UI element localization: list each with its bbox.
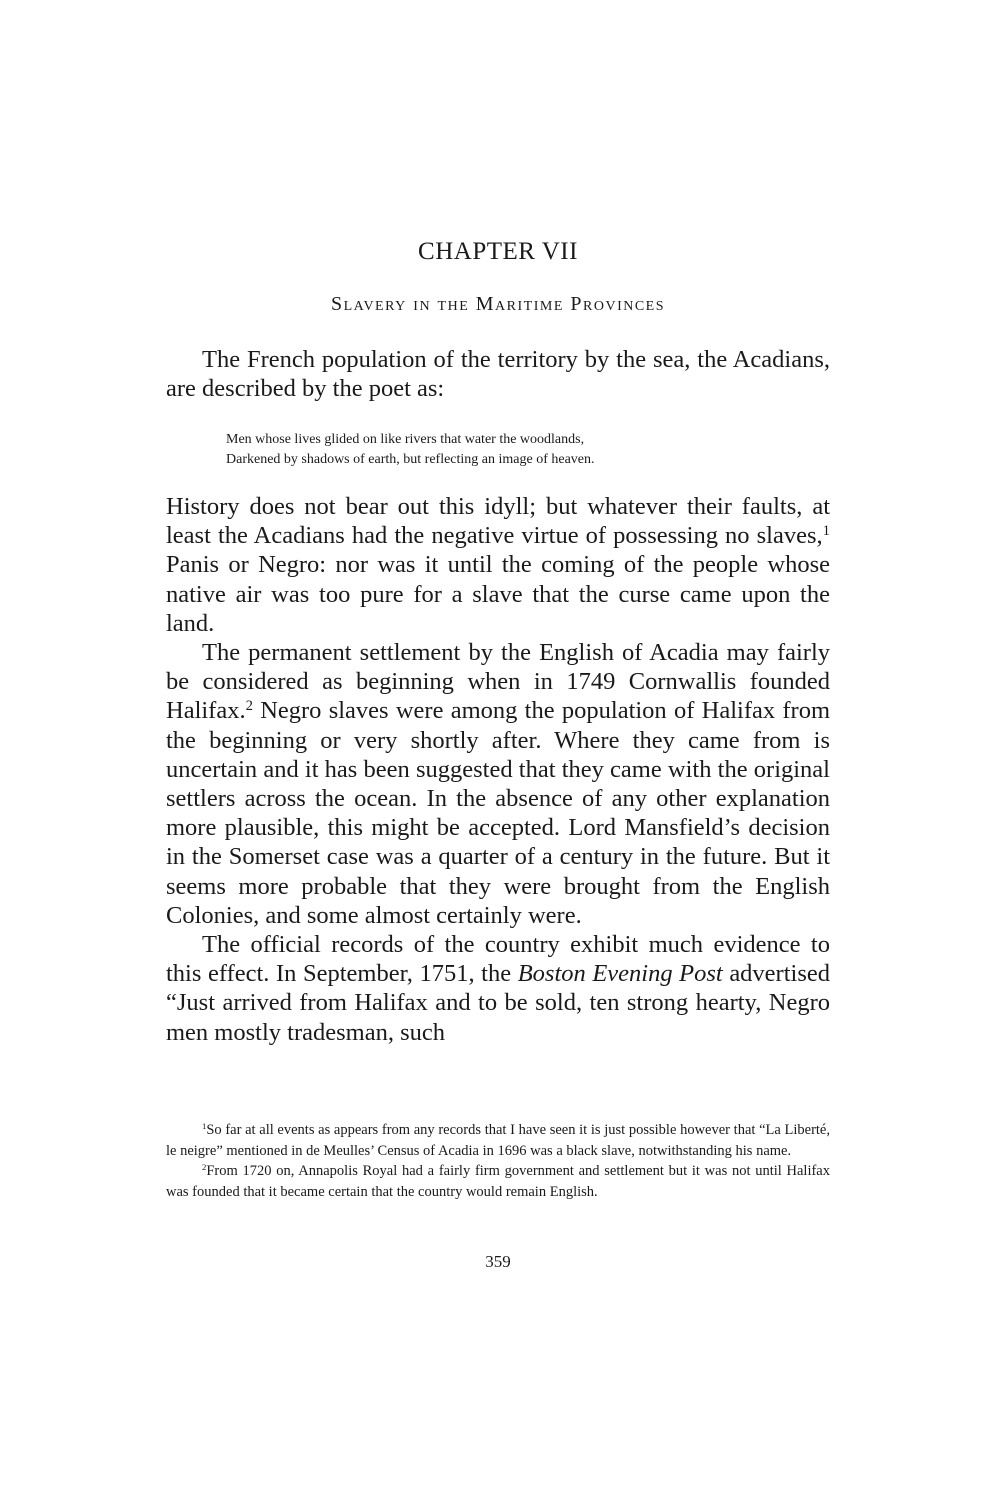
intro-text: The French population of the territory b…	[166, 345, 830, 403]
verse-quote: Men whose lives glided on like rivers th…	[226, 430, 846, 470]
chapter-subtitle: Slavery in the Maritime Provinces	[166, 293, 830, 316]
chapter-title: CHAPTER VII	[166, 238, 830, 266]
intro-paragraph: The French population of the territory b…	[166, 345, 830, 403]
footnote-ref-1[interactable]: 1	[823, 523, 830, 539]
main-text: History does not bear out this idyll; bu…	[166, 492, 830, 1047]
verse-line: Men whose lives glided on like rivers th…	[226, 430, 846, 450]
page-number: 359	[166, 1252, 830, 1272]
footnote-ref-2[interactable]: 2	[246, 698, 253, 714]
newspaper-title: Boston Evening Post	[518, 960, 723, 987]
paragraph-2: The permanent settlement by the English …	[166, 638, 830, 930]
footnote-text: So far at all events as appears from any…	[166, 1122, 830, 1159]
paragraph-text: Negro slaves were among the population o…	[166, 697, 830, 928]
paragraph-3: The official records of the country exhi…	[166, 930, 830, 1047]
paragraph-text: History does not bear out this idyll; bu…	[166, 493, 830, 549]
verse-line: Darkened by shadows of earth, but reflec…	[226, 450, 846, 470]
paragraph-1: History does not bear out this idyll; bu…	[166, 492, 830, 638]
footnote-1: 1So far at all events as appears from an…	[166, 1120, 830, 1161]
footnotes: 1So far at all events as appears from an…	[166, 1120, 830, 1202]
footnote-2: 2From 1720 on, Annapolis Royal had a fai…	[166, 1161, 830, 1202]
footnote-text: From 1720 on, Annapolis Royal had a fair…	[166, 1163, 830, 1200]
paragraph-text: Panis or Negro: nor was it until the com…	[166, 551, 830, 636]
